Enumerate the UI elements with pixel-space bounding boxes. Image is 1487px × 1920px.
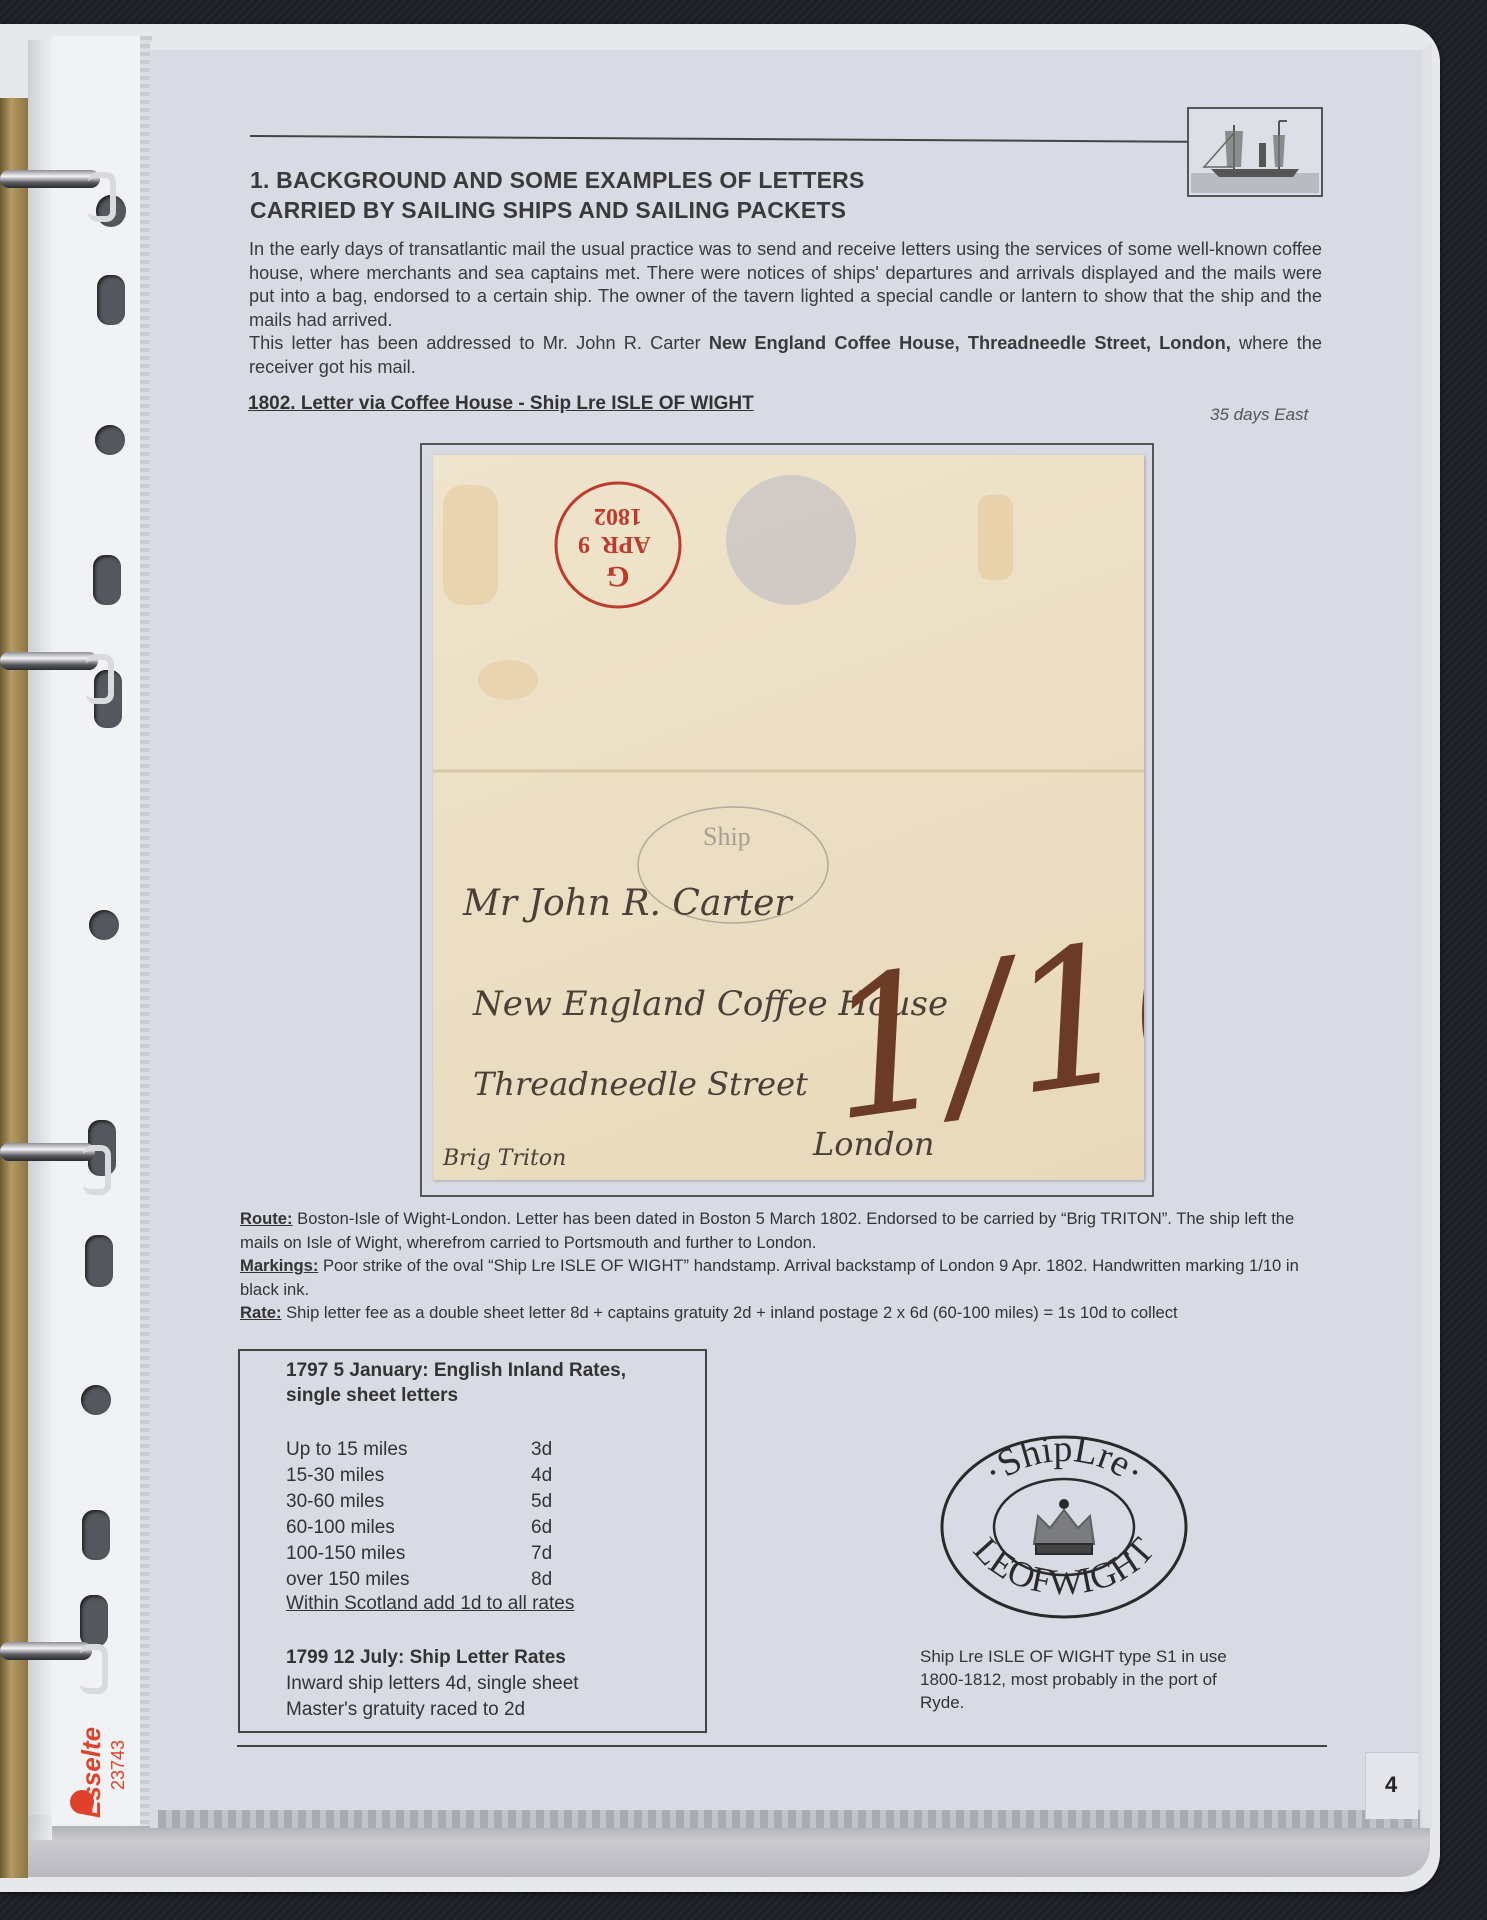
intro-paragraph: In the early days of transatlantic mail … xyxy=(249,238,1322,332)
ship-letter-rates: 1799 12 July: Ship Letter Rates Inward s… xyxy=(286,1645,579,1723)
letter-markings: G APR 9 1802 Ship Mr John R. Carter New … xyxy=(433,455,1144,1180)
rate-value: 6d xyxy=(531,1515,552,1541)
rate-label: Rate: xyxy=(240,1303,282,1322)
rate-row: 100-150 miles7d xyxy=(286,1541,552,1567)
rate-note: Rate: Ship letter fee as a double sheet … xyxy=(240,1301,1330,1325)
markings-note: Markings: Poor strike of the oval “Ship … xyxy=(240,1254,1330,1301)
address-paragraph: This letter has been addressed to Mr. Jo… xyxy=(249,332,1322,379)
handstamp-caption: Ship Lre ISLE OF WIGHT type S1 in use 18… xyxy=(920,1645,1250,1714)
ship-lre-isle-of-wight-handstamp: ·ShipLre· LEOFWIGHT xyxy=(938,1432,1190,1622)
ship-rates-line-1: Inward ship letters 4d, single sheet xyxy=(286,1671,579,1697)
section-title: 1. BACKGROUND AND SOME EXAMPLES OF LETTE… xyxy=(250,165,865,225)
sleeve-seam-bottom xyxy=(158,1810,1420,1828)
address-prefix: This letter has been addressed to Mr. Jo… xyxy=(249,333,709,353)
rate-value: 7d xyxy=(531,1541,552,1567)
svg-text:·ShipLre·: ·ShipLre· xyxy=(975,1432,1153,1493)
esselte-label: Esselte 23743 xyxy=(66,1690,126,1815)
rate-distance: Up to 15 miles xyxy=(286,1437,531,1463)
rate-distance: 15-30 miles xyxy=(286,1463,531,1489)
rate-distance: 100-150 miles xyxy=(286,1541,531,1567)
crown-icon xyxy=(1034,1500,1094,1554)
rate-value: 3d xyxy=(531,1437,552,1463)
transit-time: 35 days East xyxy=(1210,405,1308,425)
inland-rates-table: Up to 15 miles3d15-30 miles4d30-60 miles… xyxy=(286,1437,552,1593)
binder-ring-end xyxy=(86,654,114,704)
product-code: 23743 xyxy=(108,1740,129,1790)
svg-text:G: G xyxy=(606,560,629,593)
footer-rule xyxy=(237,1745,1327,1747)
svg-text:9: 9 xyxy=(578,531,590,557)
rate-row: 60-100 miles6d xyxy=(286,1515,552,1541)
inland-rates-title-1: 1797 5 January: English Inland Rates, xyxy=(286,1358,626,1383)
svg-text:1802: 1802 xyxy=(594,503,642,529)
punch-hole xyxy=(97,275,125,325)
rate-row: over 150 miles8d xyxy=(286,1567,552,1593)
markings-label: Markings: xyxy=(240,1256,318,1275)
svg-text:Ship: Ship xyxy=(703,822,751,851)
description-notes: Route: Boston-Isle of Wight-London. Lett… xyxy=(240,1207,1330,1325)
london-backstamp: G APR 9 1802 xyxy=(556,483,680,607)
route-note: Route: Boston-Isle of Wight-London. Lett… xyxy=(240,1207,1330,1254)
svg-text:APR: APR xyxy=(601,531,651,557)
address-bold: New England Coffee House, Threadneedle S… xyxy=(709,333,1231,353)
inland-rates-title-2: single sheet letters xyxy=(286,1383,626,1408)
rate-row: Up to 15 miles3d xyxy=(286,1437,552,1463)
scotland-note: Within Scotland add 1d to all rates xyxy=(286,1593,574,1615)
rate-distance: 30-60 miles xyxy=(286,1489,531,1515)
entire-letter-cover: G APR 9 1802 Ship Mr John R. Carter New … xyxy=(433,455,1144,1180)
svg-text:Mr John R. Carter: Mr John R. Carter xyxy=(462,883,793,924)
punch-hole xyxy=(82,1510,110,1560)
rate-marking: 1/10 xyxy=(812,886,1144,1164)
brand-name: Esselte xyxy=(76,1727,107,1818)
intro-text: In the early days of transatlantic mail … xyxy=(249,238,1322,379)
ship-illustration-frame xyxy=(1187,107,1323,197)
punch-hole xyxy=(95,425,125,455)
route-text: Boston-Isle of Wight-London. Letter has … xyxy=(240,1209,1294,1252)
rate-value: 4d xyxy=(531,1463,552,1489)
punch-hole xyxy=(85,1235,113,1287)
title-line-2: CARRIED BY SAILING SHIPS AND SAILING PAC… xyxy=(250,195,865,225)
binder-spine xyxy=(0,98,28,1878)
paddle-steamer-ship-icon xyxy=(1189,109,1321,195)
rate-distance: over 150 miles xyxy=(286,1567,531,1593)
rate-distance: 60-100 miles xyxy=(286,1515,531,1541)
inland-rates-heading: 1797 5 January: English Inland Rates, si… xyxy=(286,1358,626,1408)
binder-ring[interactable] xyxy=(0,1143,95,1161)
rate-row: 15-30 miles4d xyxy=(286,1463,552,1489)
binder-ring[interactable] xyxy=(0,170,100,188)
rate-text: Ship letter fee as a double sheet letter… xyxy=(282,1303,1178,1322)
binder-ring[interactable] xyxy=(0,652,98,670)
item-heading: 1802. Letter via Coffee House - Ship Lre… xyxy=(248,393,754,415)
binder-ring-end xyxy=(88,172,116,222)
sleeve-fold xyxy=(28,40,52,1840)
markings-text: Poor strike of the oval “Ship Lre ISLE O… xyxy=(240,1256,1299,1299)
punch-hole xyxy=(93,555,121,605)
svg-text:Threadneedle Street: Threadneedle Street xyxy=(473,1065,808,1103)
punch-hole xyxy=(80,1595,108,1647)
binder-ring[interactable] xyxy=(0,1642,92,1660)
ship-rates-heading: 1799 12 July: Ship Letter Rates xyxy=(286,1645,579,1671)
page-number: 4 xyxy=(1385,1772,1397,1798)
rate-row: 30-60 miles5d xyxy=(286,1489,552,1515)
ship-rates-line-2: Master's gratuity raced to 2d xyxy=(286,1697,579,1723)
punch-hole xyxy=(81,1385,111,1415)
binder-ring-end xyxy=(80,1644,108,1694)
title-line-1: 1. BACKGROUND AND SOME EXAMPLES OF LETTE… xyxy=(250,165,865,195)
route-label: Route: xyxy=(240,1209,293,1228)
svg-text:Brig Triton: Brig Triton xyxy=(442,1146,566,1171)
rate-value: 8d xyxy=(531,1567,552,1593)
punch-hole xyxy=(89,910,119,940)
binder-ring-end xyxy=(83,1145,111,1195)
rate-value: 5d xyxy=(531,1489,552,1515)
